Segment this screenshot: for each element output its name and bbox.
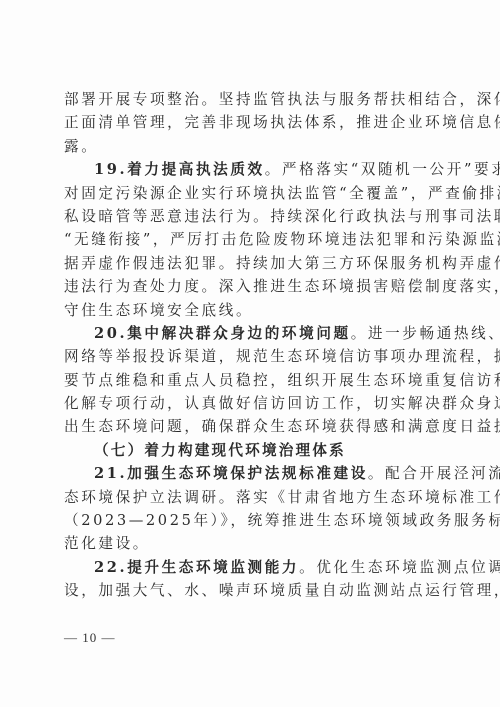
paragraph-line: 正面清单管理，完善非现场执法体系，推进企业环境信息依法披 bbox=[64, 111, 436, 134]
paragraph-line: 据弄虚作假违法犯罪。持续加大第三方环保服务机构弄虚作假等 bbox=[64, 252, 436, 275]
paragraph-line: 态环境保护立法调研。落实《甘肃省地方生态环境标准工作方案 bbox=[64, 486, 436, 509]
chapter-7-heading-line: （七）着力构建现代环境治理体系 bbox=[64, 439, 436, 462]
section-22-title: 22.提升生态环境监测能力 bbox=[94, 559, 299, 576]
line-text: “无缝衔接”，严厉打击危险废物环境违法犯罪和污染源监测数 bbox=[64, 231, 500, 248]
line-text: 守住生态环境安全底线。 bbox=[64, 302, 253, 319]
paragraph-line: 化解专项行动，认真做好信访回访工作，切实解决群众身边的突 bbox=[64, 392, 436, 415]
line-text: 化解专项行动，认真做好信访回访工作，切实解决群众身边的突 bbox=[64, 395, 500, 412]
line-text: 网络等举报投诉渠道，规范生态环境信访事项办理流程，抓好重 bbox=[64, 348, 500, 365]
line-text: 对固定污染源企业实行环境执法监管“全覆盖”，严查偷排漏排、 bbox=[64, 185, 500, 202]
line-text: 。优化生态环境监测点位调整布 bbox=[299, 559, 500, 576]
line-text: 范化建设。 bbox=[64, 535, 150, 552]
line-text: 露。 bbox=[64, 138, 98, 155]
line-text: 。配合开展泾河流域生 bbox=[368, 465, 500, 482]
chapter-7-heading: （七）着力构建现代环境治理体系 bbox=[94, 442, 346, 459]
paragraph-line: 设，加强大气、水、噪声环境质量自动监测站点运行管理，杜绝 bbox=[64, 579, 436, 602]
paragraph-line: 对固定污染源企业实行环境执法监管“全覆盖”，严查偷排漏排、 bbox=[64, 182, 436, 205]
paragraph-line: “无缝衔接”，严厉打击危险废物环境违法犯罪和污染源监测数 bbox=[64, 228, 436, 251]
section-21-title: 21.加强生态环境保护法规标准建设 bbox=[94, 465, 368, 482]
line-text: 。严格落实“双随机一公开”要求， bbox=[265, 161, 500, 178]
section-19-line: 19.着力提高执法质效。严格落实“双随机一公开”要求， bbox=[64, 158, 436, 181]
paragraph-line: 露。 bbox=[64, 135, 436, 158]
section-21-line: 21.加强生态环境保护法规标准建设。配合开展泾河流域生 bbox=[64, 462, 436, 485]
line-text: 私设暗管等恶意违法行为。持续深化行政执法与刑事司法联动 bbox=[64, 208, 500, 225]
line-text: 正面清单管理，完善非现场执法体系，推进企业环境信息依法披 bbox=[64, 114, 500, 131]
paragraph-line: 要节点维稳和重点人员稳控，组织开展生态环境重复信访和积案 bbox=[64, 369, 436, 392]
line-text: 。进一步畅通热线、微信、 bbox=[351, 325, 500, 342]
paragraph-line: 部署开展专项整治。坚持监管执法与服务帮扶相结合，深化执法 bbox=[64, 88, 436, 111]
line-text: 违法行为查处力度。深入推进生态环境损害赔偿制度落实，坚决 bbox=[64, 278, 500, 295]
document-page: 部署开展专项整治。坚持监管执法与服务帮扶相结合，深化执法 正面清单管理，完善非现… bbox=[0, 0, 500, 707]
paragraph-line: 范化建设。 bbox=[64, 532, 436, 555]
section-19-title: 19.着力提高执法质效 bbox=[94, 161, 265, 178]
line-text: 态环境保护立法调研。落实《甘肃省地方生态环境标准工作方案 bbox=[64, 489, 500, 506]
line-text: 设，加强大气、水、噪声环境质量自动监测站点运行管理，杜绝 bbox=[64, 582, 500, 599]
paragraph-line: 网络等举报投诉渠道，规范生态环境信访事项办理流程，抓好重 bbox=[64, 345, 436, 368]
paragraph-line: 出生态环境问题，确保群众生态环境获得感和满意度日益提升。 bbox=[64, 415, 436, 438]
line-text: 部署开展专项整治。坚持监管执法与服务帮扶相结合，深化执法 bbox=[64, 91, 500, 108]
document-body: 部署开展专项整治。坚持监管执法与服务帮扶相结合，深化执法 正面清单管理，完善非现… bbox=[64, 88, 436, 603]
paragraph-line: 守住生态环境安全底线。 bbox=[64, 299, 436, 322]
section-20-line: 20.集中解决群众身边的环境问题。进一步畅通热线、微信、 bbox=[64, 322, 436, 345]
paragraph-line: （2023—2025年）》，统筹推进生态环境领域政务服务标准化规 bbox=[64, 509, 436, 532]
paragraph-line: 私设暗管等恶意违法行为。持续深化行政执法与刑事司法联动 bbox=[64, 205, 436, 228]
section-22-line: 22.提升生态环境监测能力。优化生态环境监测点位调整布 bbox=[64, 556, 436, 579]
line-text: 出生态环境问题，确保群众生态环境获得感和满意度日益提升。 bbox=[64, 418, 500, 435]
line-text: 据弄虚作假违法犯罪。持续加大第三方环保服务机构弄虚作假等 bbox=[64, 255, 500, 272]
line-text: 要节点维稳和重点人员稳控，组织开展生态环境重复信访和积案 bbox=[64, 372, 500, 389]
section-20-title: 20.集中解决群众身边的环境问题 bbox=[94, 325, 351, 342]
paragraph-line: 违法行为查处力度。深入推进生态环境损害赔偿制度落实，坚决 bbox=[64, 275, 436, 298]
page-number: — 10 — bbox=[64, 630, 116, 646]
line-text: （2023—2025年）》，统筹推进生态环境领域政务服务标准化规 bbox=[64, 512, 500, 529]
